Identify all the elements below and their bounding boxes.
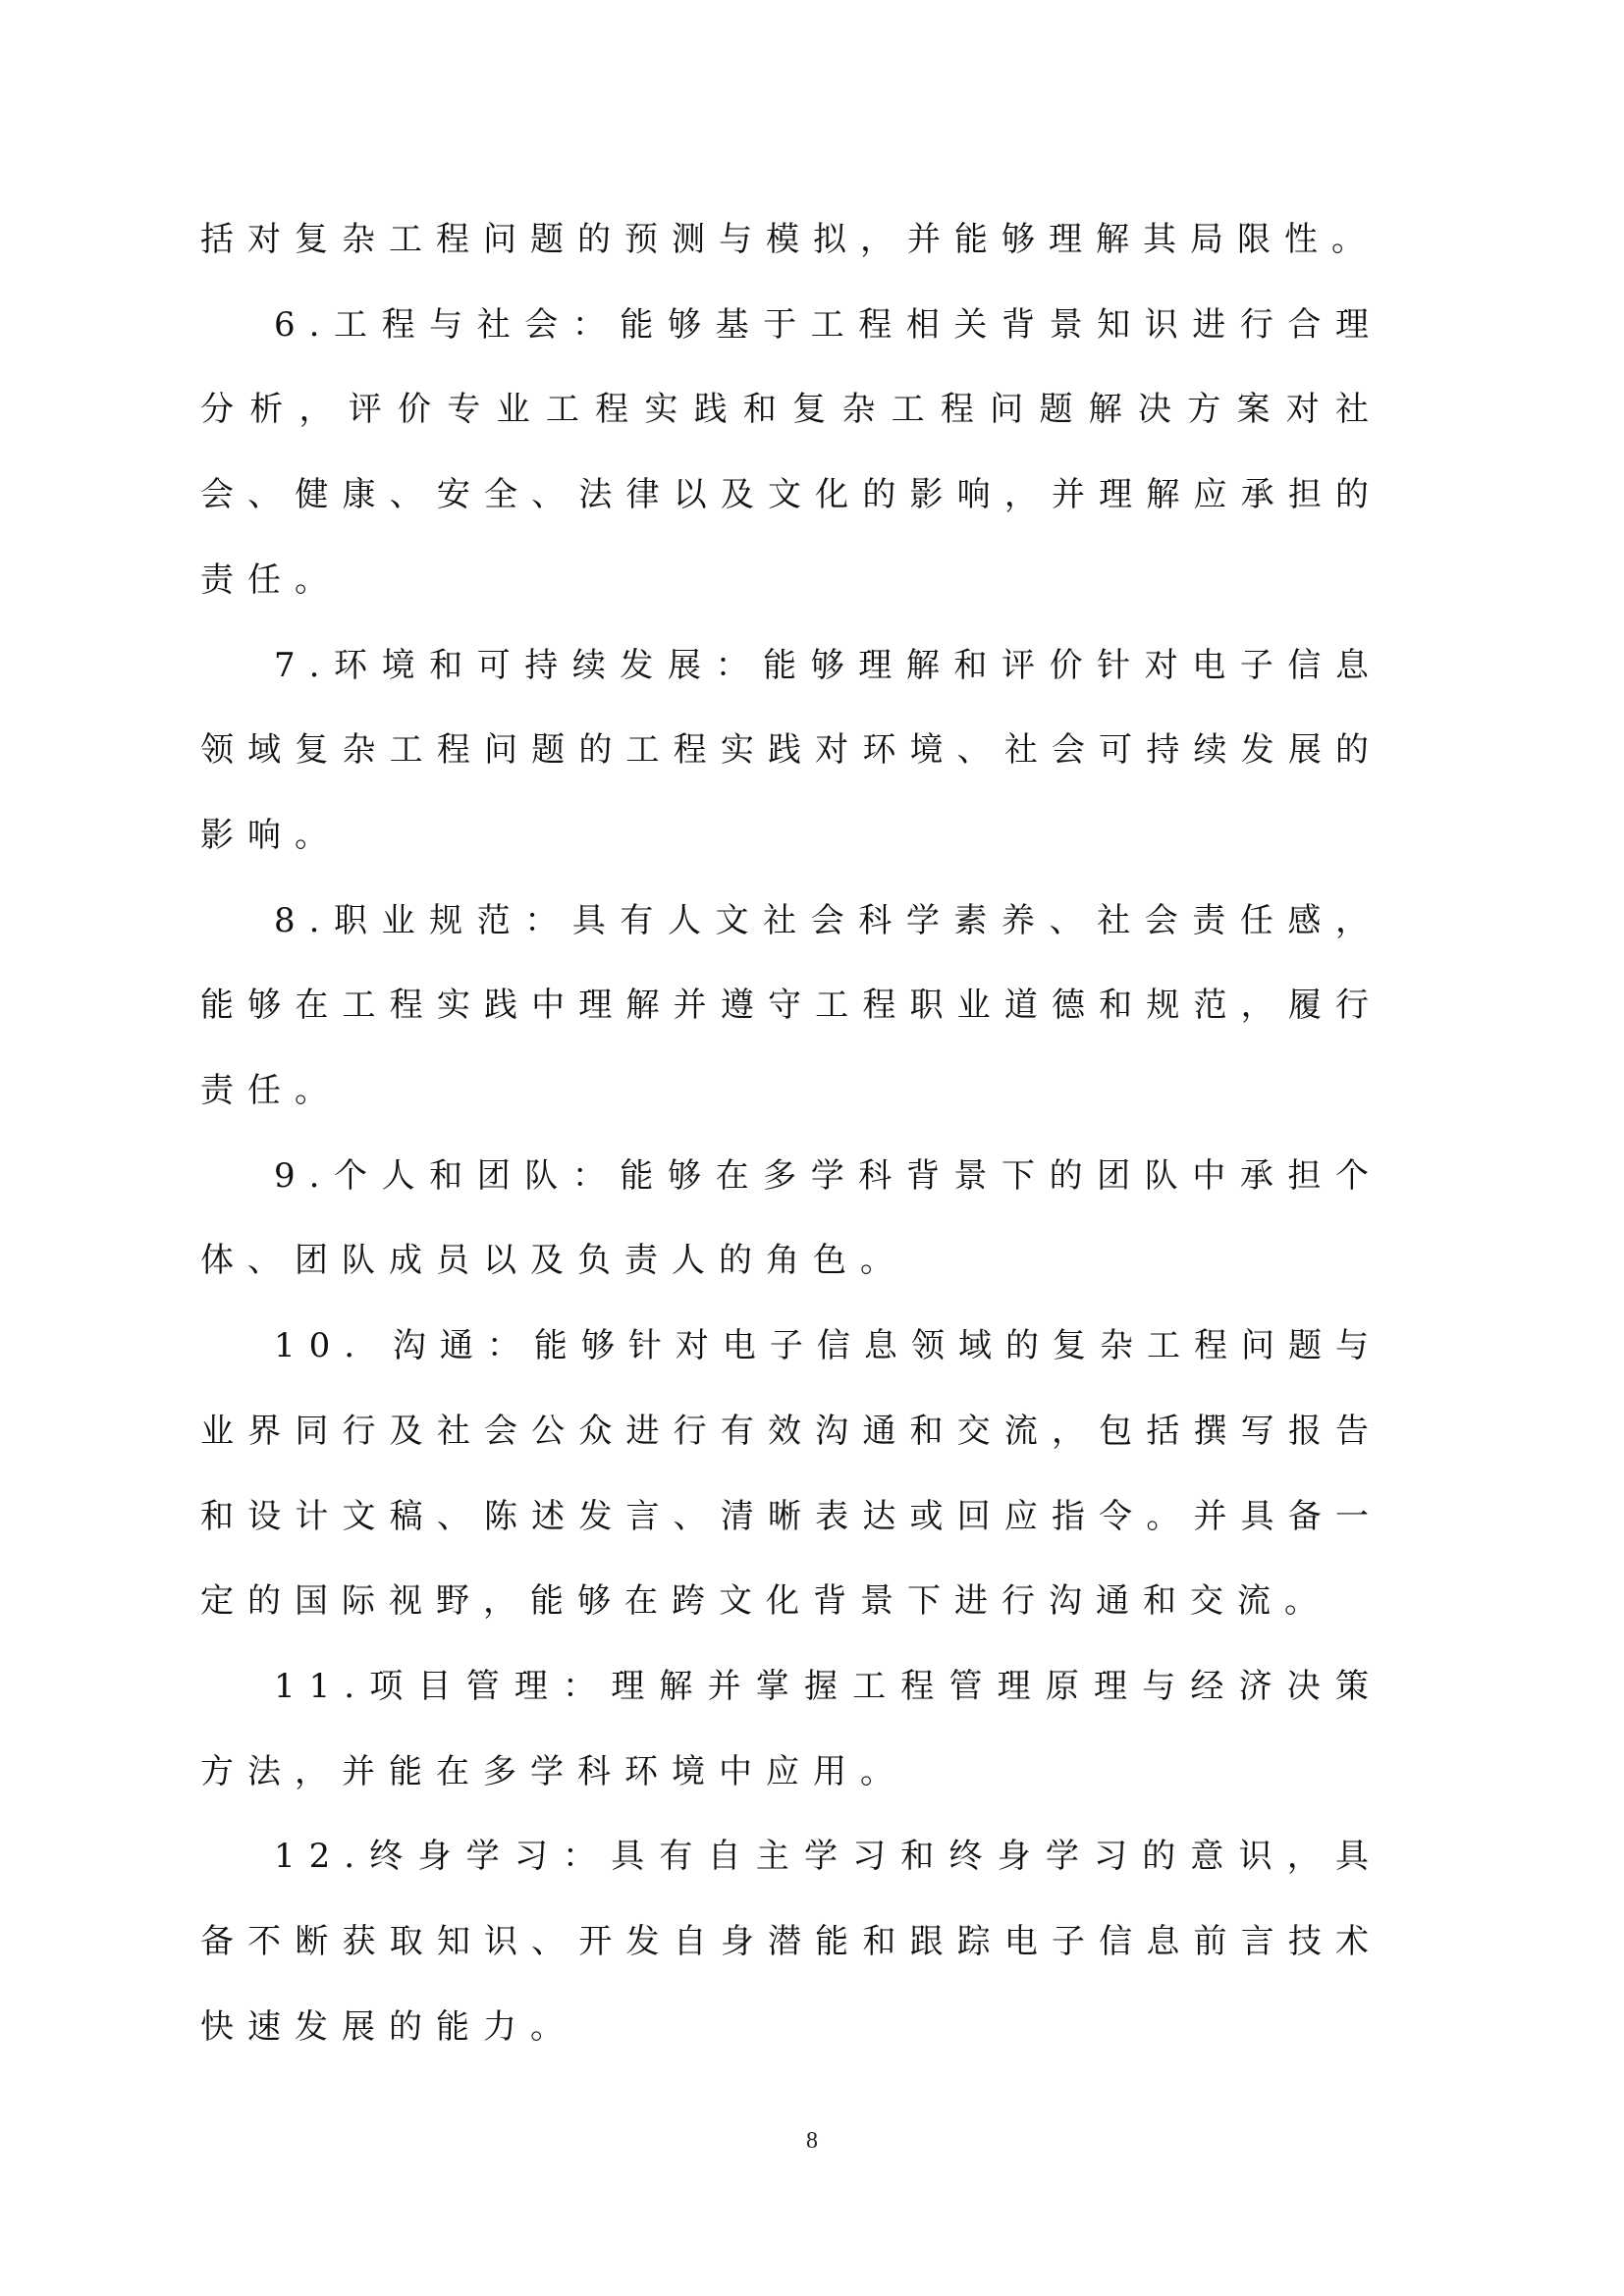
paragraph-item-9-individual-and-team: 9.个人和团队：能够在多学科背景下的团队中承担个体、团队成员以及负责人的角色。	[200, 1134, 1382, 1304]
paragraph-item-7-environment-sustainability: 7.环境和可持续发展：能够理解和评价针对电子信息领域复杂工程问题的工程实践对环境…	[200, 623, 1382, 879]
paragraph-item-11-project-management: 11.项目管理：理解并掌握工程管理原理与经济决策方法，并能在多学科环境中应用。	[200, 1644, 1382, 1814]
paragraph-item-8-professional-norms: 8.职业规范：具有人文社会科学素养、社会责任感，能够在工程实践中理解并遵守工程职…	[200, 879, 1382, 1134]
document-page: 括对复杂工程问题的预测与模拟，并能够理解其局限性。 6.工程与社会：能够基于工程…	[0, 0, 1624, 2296]
page-number: 8	[0, 2128, 1624, 2155]
paragraph-continuation: 括对复杂工程问题的预测与模拟，并能够理解其局限性。	[200, 197, 1382, 283]
paragraph-item-10-communication: 10. 沟通：能够针对电子信息领域的复杂工程问题与业界同行及社会公众进行有效沟通…	[200, 1304, 1382, 1644]
paragraph-item-6-engineering-and-society: 6.工程与社会：能够基于工程相关背景知识进行合理分析，评价专业工程实践和复杂工程…	[200, 283, 1382, 623]
document-body: 括对复杂工程问题的预测与模拟，并能够理解其局限性。 6.工程与社会：能够基于工程…	[200, 197, 1382, 2069]
paragraph-item-12-lifelong-learning: 12.终身学习：具有自主学习和终身学习的意识，具备不断获取知识、开发自身潜能和跟…	[200, 1814, 1382, 2069]
